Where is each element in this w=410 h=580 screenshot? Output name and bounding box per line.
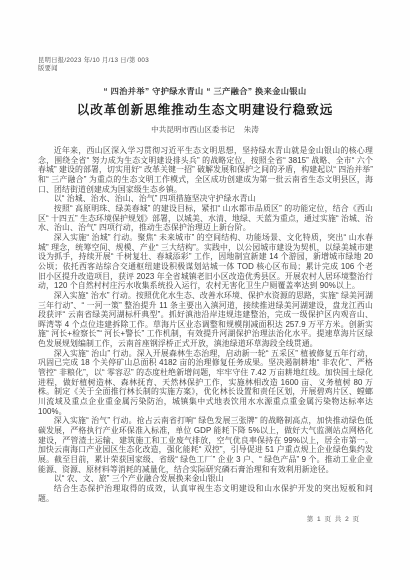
article-byline: 中共昆明市西山区委书记朱涛 xyxy=(0,124,410,135)
article-title: 以改革创新思维推动生态文明建设行稳致远 xyxy=(0,100,410,118)
paragraph-review: 结合生态保护治理取得的成效，认真审视生态文明建设和山水保护开发的突出短板和问题。 xyxy=(38,484,373,503)
section-heading-industry: 以“ 农、文、旅” 三个产业融合发展换来金山银山 xyxy=(38,474,373,484)
document-page: 昆明日报/2023 年/10 月/13 日/第 003 版要闻 “ 四治并举” … xyxy=(0,0,410,580)
paragraph-water: 深入实施“ 治水” 行动。按照优化水生态、改善水环境、保护水资源的思路，实施“ … xyxy=(38,291,373,349)
paragraph-intro: 近年来，西山区深入学习贯彻习近平生态文明思想，坚持绿水青山就是金山银山的核心理念… xyxy=(38,146,373,194)
paragraph-air: 深入实施“ 治气” 行动。抢占云南省打响“ 绿色发展三张牌” 的战略制高点，加快… xyxy=(38,416,373,474)
byline-author: 朱涛 xyxy=(244,125,259,134)
source-info: 昆明日报/2023 年/10 月/13 日/第 003 版要闻 xyxy=(38,57,149,74)
byline-role: 中共昆明市西山区委书记 xyxy=(151,125,235,134)
paragraph-mountain: 深入实施“ 治山” 行动。深入开展森林生态治理，启动新一轮“ 五采区” 植被修复… xyxy=(38,349,373,417)
paragraph-plan: 按照“ 高原明珠、绿美春城” 的建设目标，紧扣“ 山水都市品质区” 的功能定位，… xyxy=(38,204,373,233)
page-number-footer: 第 1 页 共 2 页 xyxy=(307,514,360,523)
article-body: 近年来，西山区深入学习贯彻习近平生态文明思想，坚持绿水青山就是金山银山的核心理念… xyxy=(38,146,373,503)
article-kicker: “ 四治并举” 守护绿水青山 “ 三产融合” 换来金山银山 xyxy=(0,86,410,97)
paragraph-city: 深入实施“ 治城” 行动。聚焦“ 未来城市” 的空间结构、功能场景、文化特质，突… xyxy=(38,233,373,291)
source-line-2: 版要闻 xyxy=(38,65,149,73)
section-heading-governance: 以“ 治城、治水、治山、治气” 四项措施坚决守护绿水青山 xyxy=(38,194,373,204)
